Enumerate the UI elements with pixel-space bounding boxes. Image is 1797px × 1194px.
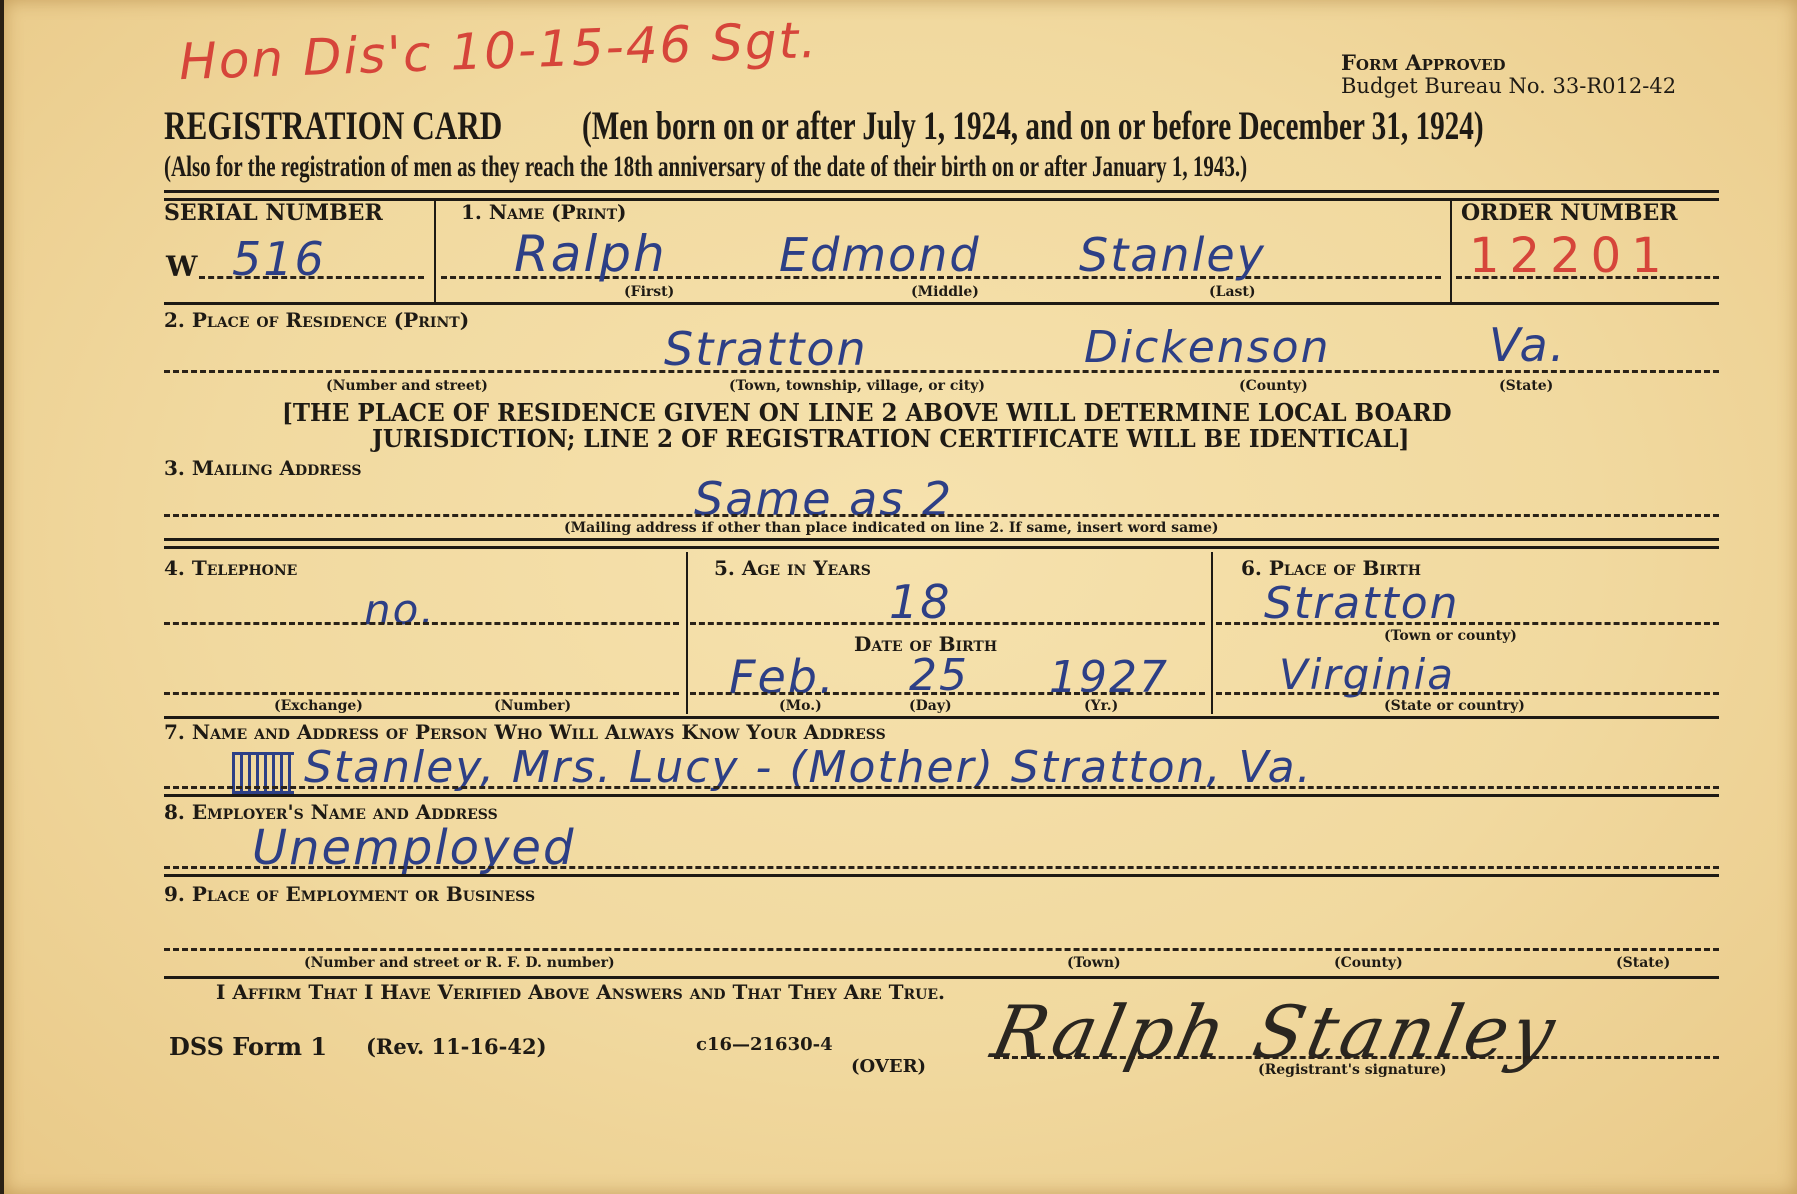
county-caption: (County) <box>1239 378 1308 394</box>
affirmation-statement: I Affirm That I Have Verified Above Answ… <box>216 980 945 1004</box>
over-indicator: (OVER) <box>851 1056 926 1077</box>
serial-prefix: W <box>166 250 197 283</box>
name-label: 1. Name (Print) <box>461 200 626 224</box>
discharge-annotation: Hon Dis'c 10-15-46 Sgt. <box>178 11 819 91</box>
month-caption: (Mo.) <box>779 698 822 714</box>
state-caption: (State) <box>1499 378 1553 394</box>
employment-county-caption: (County) <box>1334 955 1403 971</box>
budget-bureau-number: Budget Bureau No. 33-R012-42 <box>1341 74 1676 98</box>
birthplace-label: 6. Place of Birth <box>1241 556 1421 580</box>
name-last: Stanley <box>1079 228 1266 282</box>
residence-state: Va. <box>1489 318 1566 372</box>
form-revision: (Rev. 11-16-42) <box>366 1034 547 1059</box>
middle-caption: (Middle) <box>911 284 979 300</box>
street-caption: (Number and street) <box>326 378 488 394</box>
mailing-address-label: 3. Mailing Address <box>164 456 362 480</box>
form-approved: Form Approved <box>1341 50 1506 75</box>
employment-street-caption: (Number and street or R. F. D. number) <box>304 955 615 971</box>
residence-town: Stratton <box>664 322 868 376</box>
employment-state-caption: (State) <box>1616 955 1670 971</box>
serial-number-value: 516 <box>232 232 326 286</box>
employment-place-label: 9. Place of Employment or Business <box>164 882 535 906</box>
contact-label: 7. Name and Address of Person Who Will A… <box>164 720 886 744</box>
signature-caption: (Registrant's signature) <box>1258 1062 1447 1078</box>
residence-county: Dickenson <box>1084 322 1330 373</box>
order-number-label: ORDER NUMBER <box>1461 200 1678 226</box>
year-caption: (Yr.) <box>1084 698 1118 714</box>
day-caption: (Day) <box>909 698 952 714</box>
title-birth-range: (Men born on or after July 1, 1924, and … <box>582 102 1484 149</box>
town-caption: (Town, township, village, or city) <box>729 378 985 394</box>
registration-card: Hon Dis'c 10-15-46 Sgt. Form Approved Bu… <box>0 0 1797 1194</box>
last-caption: (Last) <box>1209 284 1256 300</box>
jurisdiction-notice-2: JURISDICTION; LINE 2 OF REGISTRATION CER… <box>372 424 1409 453</box>
order-number-value: 12201 <box>1469 228 1672 284</box>
form-id: DSS Form 1 <box>169 1032 327 1061</box>
exchange-caption: (Exchange) <box>274 698 363 714</box>
mailing-caption: (Mailing address if other than place ind… <box>564 520 1218 536</box>
dob-year: 1927 <box>1049 652 1169 703</box>
serial-number-label: SERIAL NUMBER <box>164 200 383 226</box>
telephone-value: no. <box>364 585 436 634</box>
residence-label: 2. Place of Residence (Print) <box>164 308 469 332</box>
age-value: 18 <box>889 575 952 629</box>
dob-month: Feb. <box>729 650 836 704</box>
print-code: c16—21630-4 <box>696 1034 833 1055</box>
telephone-label: 4. Telephone <box>164 556 297 580</box>
birthplace-town-caption: (Town or county) <box>1384 628 1517 644</box>
mailing-address-value: Same as 2 <box>694 472 953 526</box>
name-middle: Edmond <box>779 228 981 282</box>
birthplace-state-caption: (State or country) <box>1384 698 1525 714</box>
number-caption: (Number) <box>494 698 571 714</box>
name-first: Ralph <box>514 225 667 283</box>
jurisdiction-notice-1: [THE PLACE OF RESIDENCE GIVEN ON LINE 2 … <box>282 398 1452 427</box>
subtitle: (Also for the registration of men as the… <box>164 150 1247 184</box>
age-label: 5. Age in Years <box>714 556 871 580</box>
employment-town-caption: (Town) <box>1067 955 1121 971</box>
first-caption: (First) <box>624 284 674 300</box>
page-title: REGISTRATION CARD <box>164 102 502 149</box>
